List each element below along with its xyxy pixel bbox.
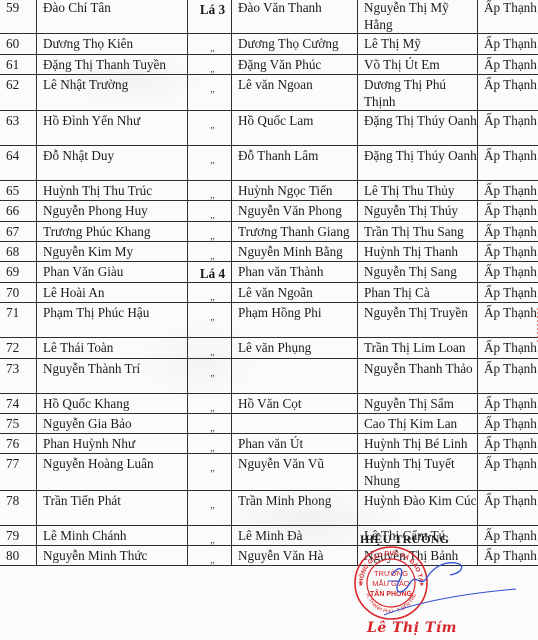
ditto-mark: ,, bbox=[210, 248, 215, 262]
table-row: 63Hồ Đình Yến Như,,Hồ Quốc LamĐặng Thị T… bbox=[0, 111, 538, 146]
address: Ấp Thạnh bbox=[484, 201, 538, 219]
ditto-mark: ,, bbox=[210, 440, 215, 454]
mother-name-cell: Lê Thị Mỹ bbox=[358, 34, 478, 54]
address-cell: Ấp Thạnh bbox=[478, 303, 538, 338]
mother-name: Lê Thị Mỹ bbox=[364, 34, 477, 52]
mother-name: Huỳnh Thị Tuyết Nhung bbox=[364, 454, 477, 489]
ditto-mark: ,, bbox=[210, 420, 215, 434]
student-name: Lê Minh Chánh bbox=[43, 526, 187, 544]
mother-name: Nguyễn Thị Mỹ Hằng bbox=[364, 0, 477, 33]
ditto-mark: ,, bbox=[210, 344, 215, 358]
student-name: Phạm Thị Phúc Hậu bbox=[43, 303, 187, 321]
mother-name-cell: Dương Thị Phú Thịnh bbox=[358, 74, 478, 110]
mother-name-cell: Lê Thị Thu Thủy bbox=[358, 181, 478, 201]
student-name-cell: Nguyễn Thành Trí bbox=[37, 358, 188, 393]
red-margin-mark bbox=[533, 308, 538, 342]
address: Ấp Thạnh bbox=[484, 111, 538, 129]
mother-name: Huỳnh Thị Bé Linh bbox=[364, 434, 477, 452]
address: Ấp Thạnh bbox=[484, 283, 538, 301]
father-name: Dương Thọ Cường bbox=[238, 34, 357, 52]
table-row: 61Đặng Thị Thanh Tuyền,,Đặng Văn PhúcVõ … bbox=[0, 54, 538, 74]
student-name: Nguyễn Hoàng Luân bbox=[43, 454, 187, 472]
address-cell: Ấp Thạnh bbox=[478, 241, 538, 261]
address: Ấp Thạnh bbox=[484, 414, 538, 432]
mother-name: Nguyễn Thị Sang bbox=[364, 262, 477, 280]
father-name-cell: Đỗ Thanh Lâm bbox=[232, 146, 358, 181]
table-row: 69Phan Văn GiàuLá 4Phan văn ThànhNguyễn … bbox=[0, 262, 538, 283]
table-row: 66Nguyễn Phong Huy,,Nguyễn Văn PhongNguy… bbox=[0, 201, 538, 221]
address-cell: Ấp Thạnh bbox=[478, 54, 538, 74]
mother-name-cell: Nguyễn Thị Sang bbox=[358, 262, 478, 283]
father-name: Trương Thanh Giang bbox=[238, 222, 357, 240]
address: Ấp Thạnh bbox=[484, 242, 538, 260]
student-name: Nguyễn Gia Bảo bbox=[43, 414, 187, 432]
student-name-cell: Phan Văn Giàu bbox=[37, 262, 188, 283]
student-name-cell: Lê Minh Chánh bbox=[37, 525, 188, 545]
father-name-cell: Hồ Quốc Lam bbox=[232, 111, 358, 146]
table-row: 65Huỳnh Thị Thu Trúc,,Huỳnh Ngọc TiếnLê … bbox=[0, 181, 538, 201]
address-cell: Ấp Thạnh bbox=[478, 413, 538, 433]
father-name-cell: Nguyễn Văn Vũ bbox=[232, 454, 358, 490]
student-number-cell: 61 bbox=[0, 54, 37, 74]
address: Ấp Thạnh bbox=[484, 491, 538, 509]
student-number-cell: 66 bbox=[0, 201, 37, 221]
mother-name-cell: Nguyễn Thị Sẩm bbox=[358, 393, 478, 413]
student-number: 68 bbox=[6, 242, 36, 260]
table-row: 68Nguyễn Kim My,,Nguyễn Minh BằngHuỳnh T… bbox=[0, 241, 538, 261]
table-row: 64Đỗ Nhật Duy,,Đỗ Thanh LâmĐặng Thị Thúy… bbox=[0, 146, 538, 181]
class-leaf-cell: Lá 4 bbox=[188, 262, 232, 283]
class-leaf-cell: ,, bbox=[188, 146, 232, 181]
student-number-cell: 59 bbox=[0, 0, 37, 34]
address: Ấp Thạnh bbox=[484, 359, 538, 377]
student-number: 66 bbox=[6, 201, 36, 219]
ditto-mark: ,, bbox=[210, 207, 215, 221]
address: Ấp Thạnh bbox=[484, 338, 538, 356]
class-leaf-cell: ,, bbox=[188, 434, 232, 454]
student-name-cell: Nguyễn Kim My bbox=[37, 241, 188, 261]
student-name-cell: Lê Hoài An bbox=[37, 283, 188, 303]
mother-name-cell: Nguyễn Thị Mỹ Hằng bbox=[358, 0, 478, 34]
student-number-cell: 60 bbox=[0, 34, 37, 54]
student-number: 59 bbox=[6, 0, 36, 16]
student-name: Lê Thái Toàn bbox=[43, 338, 187, 356]
student-name: Phan Văn Giàu bbox=[43, 262, 187, 280]
mother-name-cell: Huỳnh Thị Thanh bbox=[358, 241, 478, 261]
student-number: 62 bbox=[6, 75, 36, 93]
student-number: 60 bbox=[6, 34, 36, 52]
mother-name: Trần Thị Lim Loan bbox=[364, 338, 477, 356]
student-number: 71 bbox=[6, 303, 36, 321]
student-name-cell: Đào Chí Tân bbox=[37, 0, 188, 34]
ditto-mark: ,, bbox=[210, 61, 215, 75]
table-row: 60Dương Thọ Kiên,,Dương Thọ CườngLê Thị … bbox=[0, 34, 538, 54]
student-name: Nguyễn Thành Trí bbox=[43, 359, 187, 377]
class-leaf-cell: ,, bbox=[188, 201, 232, 221]
student-name: Đỗ Nhật Duy bbox=[43, 146, 187, 164]
address-cell: Ấp Thạnh bbox=[478, 338, 538, 358]
student-name-cell: Lê Thái Toàn bbox=[37, 338, 188, 358]
father-name-cell: Đặng Văn Phúc bbox=[232, 54, 358, 74]
student-name-cell: Phan Huỳnh Như bbox=[37, 434, 188, 454]
address: Ấp Thạnh bbox=[484, 146, 538, 164]
mother-name: Lê Thị Thu Thủy bbox=[364, 181, 477, 199]
mother-name: Nguyễn Thanh Thảo bbox=[364, 359, 477, 377]
signature-block: HIỆU TRƯỞNG PHÒNG GIÁO DỤC VÀ ĐÀO TẠO H.… bbox=[330, 525, 538, 640]
student-number-cell: 73 bbox=[0, 358, 37, 393]
address-cell: Ấp Thạnh bbox=[478, 111, 538, 146]
student-name-cell: Hồ Đình Yến Như bbox=[37, 111, 188, 146]
student-number: 77 bbox=[6, 454, 36, 472]
mother-name-cell: Phan Thị Cà bbox=[358, 283, 478, 303]
student-number: 64 bbox=[6, 146, 36, 164]
ditto-mark: ,, bbox=[210, 289, 215, 303]
father-name-cell bbox=[232, 358, 358, 393]
address: Ấp Thạnh bbox=[484, 394, 538, 412]
father-name: Nguyễn Văn Phong bbox=[238, 201, 357, 219]
mother-name-cell: Nguyễn Thanh Thảo bbox=[358, 358, 478, 393]
father-name-cell: Nguyễn Văn Phong bbox=[232, 201, 358, 221]
student-number-cell: 72 bbox=[0, 338, 37, 358]
father-name: Lê văn Phụng bbox=[238, 338, 357, 356]
student-name-cell: Trần Tiến Phát bbox=[37, 490, 188, 525]
student-number-cell: 80 bbox=[0, 545, 37, 565]
table-row: 77Nguyễn Hoàng Luân,,Nguyễn Văn VũHuỳnh … bbox=[0, 454, 538, 490]
student-name-cell: Huỳnh Thị Thu Trúc bbox=[37, 181, 188, 201]
address-cell: Ấp Thạnh bbox=[478, 181, 538, 201]
address-cell: Ấp Thạnh bbox=[478, 262, 538, 283]
class-leaf-cell: Lá 3 bbox=[188, 0, 232, 34]
student-number-cell: 75 bbox=[0, 413, 37, 433]
mother-name-cell: Trần Thị Thu Sang bbox=[358, 221, 478, 241]
student-name-cell: Hồ Quốc Khang bbox=[37, 393, 188, 413]
father-name: Lê văn Ngoan bbox=[238, 75, 357, 93]
address: Ấp Thạnh bbox=[484, 55, 538, 73]
student-number-cell: 68 bbox=[0, 241, 37, 261]
address-cell: Ấp Thạnh bbox=[478, 490, 538, 525]
address-cell: Ấp Thạnh bbox=[478, 201, 538, 221]
ditto-mark: ,, bbox=[210, 309, 215, 326]
class-leaf-cell: ,, bbox=[188, 303, 232, 338]
mother-name-cell: Đặng Thị Thúy Oanh bbox=[358, 146, 478, 181]
student-name: Lê Hoài An bbox=[43, 283, 187, 301]
student-number-cell: 70 bbox=[0, 283, 37, 303]
class-leaf-cell: ,, bbox=[188, 490, 232, 525]
handwritten-signature-icon bbox=[370, 553, 520, 623]
student-name-cell: Lê Nhật Trường bbox=[37, 74, 188, 110]
address: Ấp Thạnh bbox=[484, 222, 538, 240]
student-number-cell: 62 bbox=[0, 74, 37, 110]
table-row: 71Phạm Thị Phúc Hậu,,Phạm Hồng PhiNguyễn… bbox=[0, 303, 538, 338]
student-number: 80 bbox=[6, 546, 36, 564]
student-name: Hồ Quốc Khang bbox=[43, 394, 187, 412]
address: Ấp Thạnh bbox=[484, 454, 538, 472]
ditto-mark: ,, bbox=[210, 365, 215, 382]
mother-name: Đặng Thị Thúy Oanh bbox=[364, 111, 477, 129]
mother-name: Nguyễn Thị Thúy bbox=[364, 201, 477, 219]
table-row: 67Trương Phúc Khang,,Trương Thanh GiangT… bbox=[0, 221, 538, 241]
class-leaf-cell: ,, bbox=[188, 241, 232, 261]
father-name-cell: Phan văn Út bbox=[232, 434, 358, 454]
father-name-cell: Phan văn Thành bbox=[232, 262, 358, 283]
student-name-cell: Đặng Thị Thanh Tuyền bbox=[37, 54, 188, 74]
table-row: 72Lê Thái Toàn,,Lê văn PhụngTrần Thị Lim… bbox=[0, 338, 538, 358]
table-row: 74Hồ Quốc Khang,,Hồ Văn CọtNguyễn Thị Sẩ… bbox=[0, 393, 538, 413]
student-name-cell: Nguyễn Minh Thức bbox=[37, 545, 188, 565]
father-name-cell: Dương Thọ Cường bbox=[232, 34, 358, 54]
address: Ấp Thạnh bbox=[484, 34, 538, 52]
table-row: 73Nguyễn Thành Trí,,Nguyễn Thanh ThảoẤp … bbox=[0, 358, 538, 393]
class-leaf: Lá 4 bbox=[194, 264, 231, 282]
father-name: Phạm Hồng Phi bbox=[238, 303, 357, 321]
father-name-cell bbox=[232, 413, 358, 433]
address-cell: Ấp Thạnh bbox=[478, 146, 538, 181]
ditto-mark: ,, bbox=[210, 460, 215, 477]
mother-name-cell: Huỳnh Đào Kim Cúc bbox=[358, 490, 478, 525]
student-name: Đào Chí Tân bbox=[43, 0, 187, 16]
father-name-cell: Hồ Văn Cọt bbox=[232, 393, 358, 413]
father-name: Phan văn Thành bbox=[238, 262, 357, 280]
student-number: 65 bbox=[6, 181, 36, 199]
student-number: 72 bbox=[6, 338, 36, 356]
mother-name: Đặng Thị Thúy Oanh bbox=[364, 146, 477, 164]
ditto-mark: ,, bbox=[210, 400, 215, 414]
table-row: 59Đào Chí TânLá 3Đào Văn ThanhNguyễn Thị… bbox=[0, 0, 538, 34]
table-row: 76Phan Huỳnh Như,,Phan văn ÚtHuỳnh Thị B… bbox=[0, 434, 538, 454]
address-cell: Ấp Thạnh bbox=[478, 434, 538, 454]
ditto-mark: ,, bbox=[210, 187, 215, 201]
table-row: 70Lê Hoài An,,Lê văn NgoãnPhan Thị CàẤp … bbox=[0, 283, 538, 303]
address: Ấp Thạnh bbox=[484, 0, 538, 16]
mother-name-cell: Cao Thị Kim Lan bbox=[358, 413, 478, 433]
address: Ấp Thạnh bbox=[484, 75, 538, 93]
ditto-mark: ,, bbox=[210, 497, 215, 514]
address-cell: Ấp Thạnh bbox=[478, 74, 538, 110]
mother-name: Huỳnh Đào Kim Cúc bbox=[364, 491, 477, 509]
mother-name: Võ Thị Út Em bbox=[364, 55, 477, 73]
student-number-cell: 74 bbox=[0, 393, 37, 413]
address-cell: Ấp Thạnh bbox=[478, 393, 538, 413]
signer-name: Lê Thị Tím bbox=[367, 620, 457, 636]
father-name-cell: Lê văn Phụng bbox=[232, 338, 358, 358]
ditto-mark: ,, bbox=[210, 40, 215, 54]
class-leaf-cell: ,, bbox=[188, 111, 232, 146]
student-number: 75 bbox=[6, 414, 36, 432]
mother-name-cell: Trần Thị Lim Loan bbox=[358, 338, 478, 358]
class-leaf: Lá 3 bbox=[194, 0, 231, 18]
father-name-cell: Lê văn Ngoãn bbox=[232, 283, 358, 303]
student-number-cell: 64 bbox=[0, 146, 37, 181]
student-name-cell: Nguyễn Phong Huy bbox=[37, 201, 188, 221]
ditto-mark: ,, bbox=[210, 117, 215, 134]
father-name-cell: Huỳnh Ngọc Tiến bbox=[232, 181, 358, 201]
student-number: 79 bbox=[6, 526, 36, 544]
student-name: Nguyễn Minh Thức bbox=[43, 546, 187, 564]
mother-name-cell: Đặng Thị Thúy Oanh bbox=[358, 111, 478, 146]
student-number-cell: 65 bbox=[0, 181, 37, 201]
mother-name-cell: Huỳnh Thị Tuyết Nhung bbox=[358, 454, 478, 490]
student-number-cell: 67 bbox=[0, 221, 37, 241]
student-number-cell: 77 bbox=[0, 454, 37, 490]
class-leaf-cell: ,, bbox=[188, 283, 232, 303]
father-name bbox=[238, 359, 357, 360]
class-leaf-cell: ,, bbox=[188, 181, 232, 201]
father-name bbox=[238, 414, 357, 415]
address-cell: Ấp Thạnh bbox=[478, 358, 538, 393]
father-name: Phan văn Út bbox=[238, 434, 357, 452]
class-leaf-cell: ,, bbox=[188, 34, 232, 54]
class-leaf-cell: ,, bbox=[188, 358, 232, 393]
student-name: Dương Thọ Kiên bbox=[43, 34, 187, 52]
student-name-cell: Trương Phúc Khang bbox=[37, 221, 188, 241]
father-name: Đặng Văn Phúc bbox=[238, 55, 357, 73]
student-number-cell: 78 bbox=[0, 490, 37, 525]
class-leaf-cell: ,, bbox=[188, 74, 232, 110]
student-name: Huỳnh Thị Thu Trúc bbox=[43, 181, 187, 199]
father-name: Trần Minh Phong bbox=[238, 491, 357, 509]
student-number: 61 bbox=[6, 55, 36, 73]
address: Ấp Thạnh bbox=[484, 303, 538, 321]
father-name: Đỗ Thanh Lâm bbox=[238, 146, 357, 164]
student-name: Đặng Thị Thanh Tuyền bbox=[43, 55, 187, 73]
class-leaf-cell: ,, bbox=[188, 54, 232, 74]
father-name-cell: Lê văn Ngoan bbox=[232, 74, 358, 110]
class-leaf-cell: ,, bbox=[188, 393, 232, 413]
student-number: 67 bbox=[6, 222, 36, 240]
mother-name: Nguyễn Thị Truyền bbox=[364, 303, 477, 321]
student-number: 73 bbox=[6, 359, 36, 377]
address-cell: Ấp Thạnh bbox=[478, 454, 538, 490]
father-name: Đào Văn Thanh bbox=[238, 0, 357, 16]
student-name-cell: Nguyễn Hoàng Luân bbox=[37, 454, 188, 490]
address: Ấp Thạnh bbox=[484, 181, 538, 199]
address: Ấp Thạnh bbox=[484, 434, 538, 452]
father-name: Nguyễn Minh Bằng bbox=[238, 242, 357, 260]
student-name: Trần Tiến Phát bbox=[43, 491, 187, 509]
student-number-cell: 79 bbox=[0, 525, 37, 545]
student-number-cell: 71 bbox=[0, 303, 37, 338]
mother-name-cell: Huỳnh Thị Bé Linh bbox=[358, 434, 478, 454]
mother-name: Dương Thị Phú Thịnh bbox=[364, 75, 477, 110]
svg-text:★: ★ bbox=[358, 581, 363, 588]
class-leaf-cell: ,, bbox=[188, 221, 232, 241]
mother-name-cell: Võ Thị Út Em bbox=[358, 54, 478, 74]
student-name-cell: Phạm Thị Phúc Hậu bbox=[37, 303, 188, 338]
class-leaf-cell: ,, bbox=[188, 338, 232, 358]
student-roster-table: 59Đào Chí TânLá 3Đào Văn ThanhNguyễn Thị… bbox=[0, 0, 538, 566]
father-name: Lê văn Ngoãn bbox=[238, 283, 357, 301]
table-row: 78Trần Tiến Phát,,Trần Minh PhongHuỳnh Đ… bbox=[0, 490, 538, 525]
mother-name: Cao Thị Kim Lan bbox=[364, 414, 477, 432]
ditto-mark: ,, bbox=[210, 552, 215, 566]
father-name-cell: Nguyễn Minh Bằng bbox=[232, 241, 358, 261]
class-leaf-cell: ,, bbox=[188, 545, 232, 565]
ditto-mark: ,, bbox=[210, 532, 215, 546]
mother-name: Trần Thị Thu Sang bbox=[364, 222, 477, 240]
student-number: 76 bbox=[6, 434, 36, 452]
address-cell: Ấp Thạnh bbox=[478, 221, 538, 241]
father-name: Hồ Quốc Lam bbox=[238, 111, 357, 129]
class-leaf-cell: ,, bbox=[188, 454, 232, 490]
student-number: 69 bbox=[6, 262, 36, 280]
address-cell: Ấp Thạnh bbox=[478, 283, 538, 303]
table-row: 62Lê Nhật Trường,,Lê văn NgoanDương Thị … bbox=[0, 74, 538, 110]
mother-name-cell: Nguyễn Thị Thúy bbox=[358, 201, 478, 221]
student-number: 63 bbox=[6, 111, 36, 129]
roster-body: 59Đào Chí TânLá 3Đào Văn ThanhNguyễn Thị… bbox=[0, 0, 538, 566]
mother-name: Huỳnh Thị Thanh bbox=[364, 242, 477, 260]
mother-name: Nguyễn Thị Sẩm bbox=[364, 394, 477, 412]
address-cell: Ấp Thạnh bbox=[478, 34, 538, 54]
student-name: Trương Phúc Khang bbox=[43, 222, 187, 240]
table-row: 75Nguyễn Gia Bảo,,Cao Thị Kim LanẤp Thạn… bbox=[0, 413, 538, 433]
student-number-cell: 76 bbox=[0, 434, 37, 454]
father-name: Hồ Văn Cọt bbox=[238, 394, 357, 412]
student-name-cell: Dương Thọ Kiên bbox=[37, 34, 188, 54]
mother-name: Phan Thị Cà bbox=[364, 283, 477, 301]
address: Ấp Thạnh bbox=[484, 262, 538, 280]
ditto-mark: ,, bbox=[210, 81, 215, 98]
student-name-cell: Đỗ Nhật Duy bbox=[37, 146, 188, 181]
student-number: 70 bbox=[6, 283, 36, 301]
father-name-cell: Phạm Hồng Phi bbox=[232, 303, 358, 338]
ditto-mark: ,, bbox=[210, 228, 215, 242]
student-name: Lê Nhật Trường bbox=[43, 75, 187, 93]
student-number-cell: 69 bbox=[0, 262, 37, 283]
student-name: Phan Huỳnh Như bbox=[43, 434, 187, 452]
student-name: Hồ Đình Yến Như bbox=[43, 111, 187, 129]
father-name: Huỳnh Ngọc Tiến bbox=[238, 181, 357, 199]
father-name-cell: Trương Thanh Giang bbox=[232, 221, 358, 241]
student-name-cell: Nguyễn Gia Bảo bbox=[37, 413, 188, 433]
student-name: Nguyễn Kim My bbox=[43, 242, 187, 260]
father-name-cell: Trần Minh Phong bbox=[232, 490, 358, 525]
ditto-mark: ,, bbox=[210, 152, 215, 169]
student-number-cell: 63 bbox=[0, 111, 37, 146]
student-number: 74 bbox=[6, 394, 36, 412]
address-cell: Ấp Thạnh bbox=[478, 0, 538, 34]
student-name: Nguyễn Phong Huy bbox=[43, 201, 187, 219]
father-name-cell: Đào Văn Thanh bbox=[232, 0, 358, 34]
class-leaf-cell: ,, bbox=[188, 413, 232, 433]
student-number: 78 bbox=[6, 491, 36, 509]
class-leaf-cell: ,, bbox=[188, 525, 232, 545]
mother-name-cell: Nguyễn Thị Truyền bbox=[358, 303, 478, 338]
father-name: Nguyễn Văn Vũ bbox=[238, 454, 357, 472]
